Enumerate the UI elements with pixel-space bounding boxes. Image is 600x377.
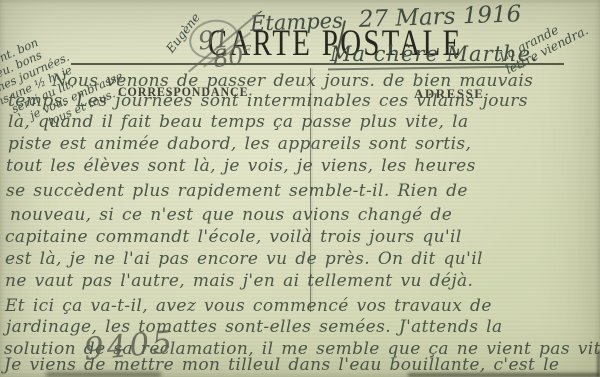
pencil-price: 80F [211, 41, 253, 74]
message-line: ne vaut pas l'autre, mais j'en ai tellem… [5, 273, 473, 290]
scan-edge-smudge [46, 372, 161, 377]
scan-edge-smudge [408, 373, 600, 377]
pencil-price-value: 80 [211, 42, 245, 74]
message-line: Nous venons de passer deux jours. de bie… [52, 73, 533, 90]
message-line: temps. Les journées sont interminables c… [8, 93, 528, 110]
message-line: là, quand il fait beau temps ça passe pl… [8, 114, 469, 131]
message-body: Nous venons de passer deux jours. de bie… [0, 0, 600, 377]
message-line: nouveau, si ce n'est que nous avions cha… [10, 207, 452, 224]
message-line: Et ici ça va-t-il, avez vous commencé vo… [5, 298, 492, 315]
pencil-price-sup: F [242, 43, 252, 58]
message-line: se succèdent plus rapidement semble-t-il… [6, 183, 468, 200]
message-line: capitaine commandt l'école, voilà trois … [5, 229, 462, 246]
message-line: est là, je ne l'ai pas encore vu de près… [5, 251, 483, 268]
postcard-back: CARTE POSTALE CORRESPONDANCE ADRESSE Éta… [0, 0, 600, 377]
message-line: jardinage, les tomattes sont-elles semée… [6, 319, 503, 336]
message-line: piste est animée dabord, les appareils s… [8, 136, 471, 153]
message-line: tout les élèves sont là, je vois, je vie… [6, 158, 476, 175]
